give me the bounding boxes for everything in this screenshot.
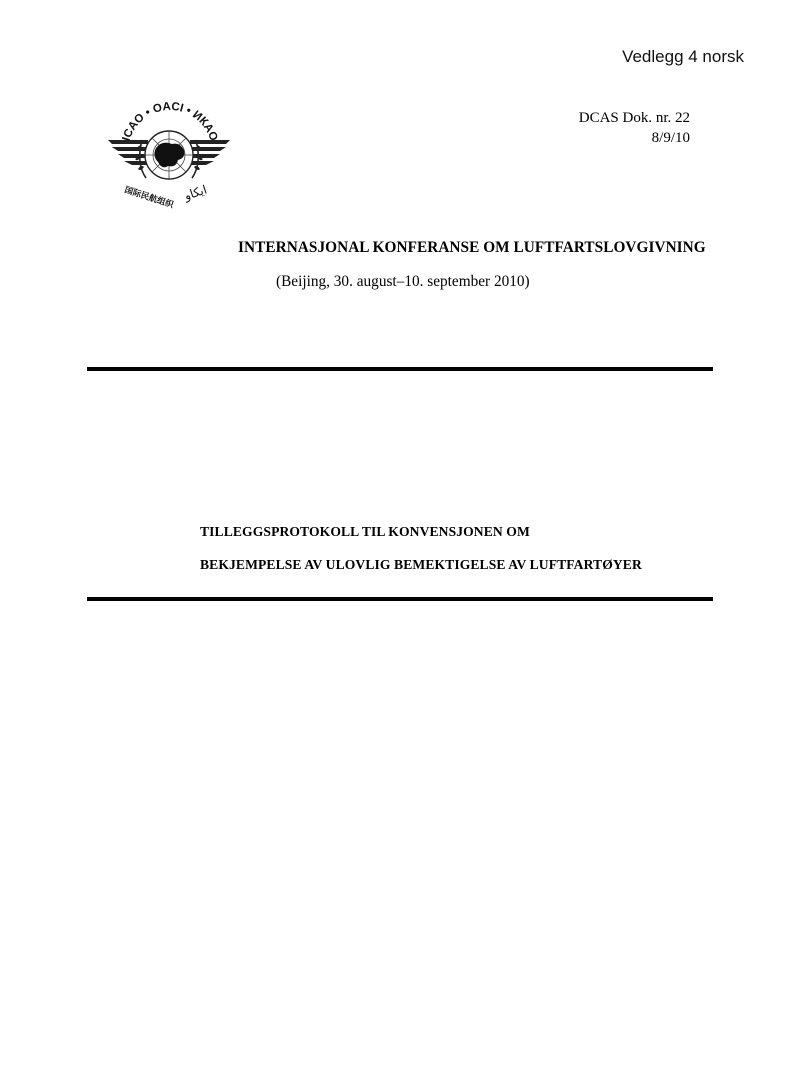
document-number: DCAS Dok. nr. 22 <box>579 108 690 128</box>
horizontal-rule-top <box>87 367 713 371</box>
svg-text:国际民航组织: 国际民航组织 <box>123 184 175 210</box>
conference-subtitle: (Beijing, 30. august–10. september 2010) <box>276 273 530 291</box>
annex-label: Vedlegg 4 norsk <box>622 47 744 67</box>
horizontal-rule-bottom <box>87 597 713 601</box>
document-date: 8/9/10 <box>579 128 690 148</box>
document-reference-block: DCAS Dok. nr. 22 8/9/10 <box>579 108 690 148</box>
svg-text:ايكاو: ايكاو <box>182 183 209 205</box>
icao-emblem-icon: ICAO • OACI • ИКАО <box>106 100 232 212</box>
document-title-line-1: TILLEGGSPROTOKOLL TIL KONVENSJONEN OM <box>200 524 530 540</box>
conference-title: INTERNASJONAL KONFERANSE OM LUFTFARTSLOV… <box>238 239 706 257</box>
document-title-line-2: BEKJEMPELSE AV ULOVLIG BEMEKTIGELSE AV L… <box>200 557 642 573</box>
